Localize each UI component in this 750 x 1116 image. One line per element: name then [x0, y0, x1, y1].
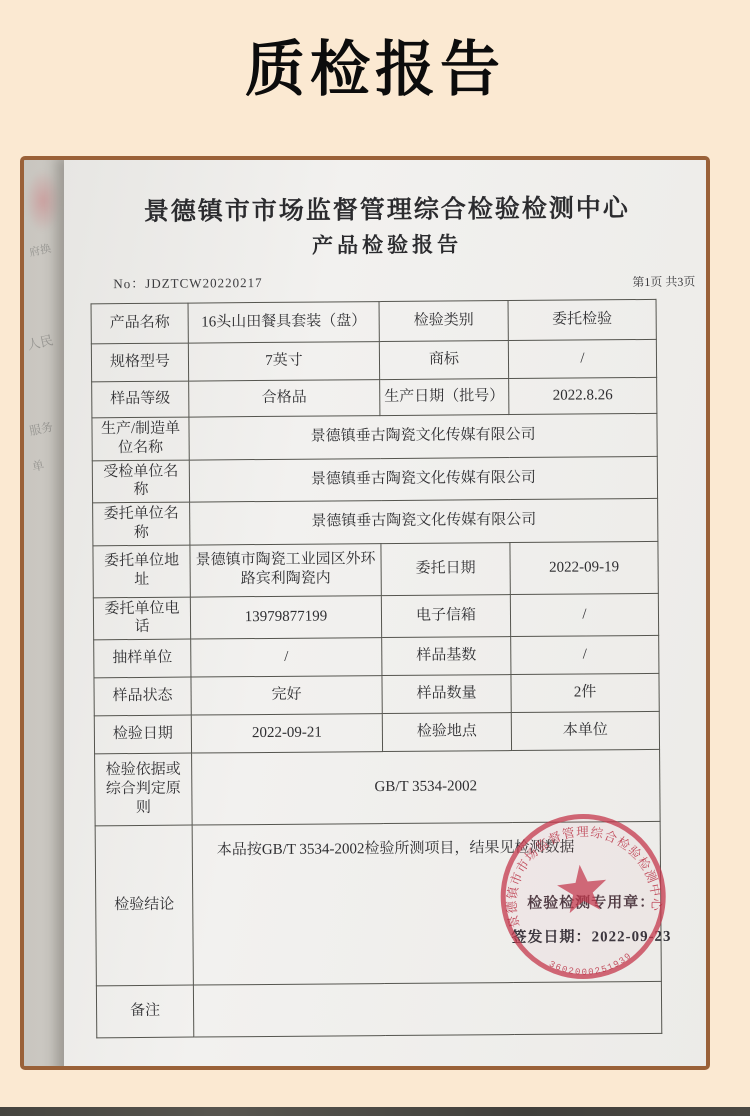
back-page-text-fragment: 服务: [27, 418, 54, 440]
table-value-cell: /: [511, 635, 659, 674]
table-value-cell: 完好: [191, 676, 382, 715]
table-value-cell: 景德镇垂古陶瓷文化传媒有限公司: [189, 456, 657, 502]
table-row: 受检单位名称 景德镇垂古陶瓷文化传媒有限公司: [92, 456, 657, 503]
signature-handwriting: 江辉: [348, 1060, 421, 1070]
table-label-cell: 备注: [96, 985, 193, 1038]
table-label-cell: 委托单位地址: [93, 545, 190, 598]
table-value-cell: 16头山田餐具套装（盘）: [188, 302, 379, 343]
table-label-cell: 委托单位名称: [93, 502, 190, 545]
report-paper: 景德镇市市场监督管理综合检验检测中心 产品检验报告 No：JDZTCW20220…: [64, 156, 710, 1070]
table-label-cell: 检验日期: [94, 715, 191, 754]
table-value-cell: 2022.8.26: [509, 377, 657, 414]
table-label-cell: 样品等级: [92, 381, 189, 418]
report-photo-frame: 府换 人民 服务 单 景德镇市市场监督管理综合检验检测中心 产品检验报告 No：…: [20, 156, 710, 1070]
signature-handwriting: 王建军: [168, 1060, 276, 1070]
table-row-conclusion: 检验结论 本品按GB/T 3534-2002检验所测项目，结果见检测数据 检验检…: [95, 821, 661, 985]
back-page-text-fragment: 府换: [28, 240, 53, 260]
table-value-cell: /: [191, 638, 382, 677]
report-title: 产品检验报告: [61, 226, 710, 261]
table-row: 生产/制造单位名称 景德镇垂古陶瓷文化传媒有限公司: [92, 413, 657, 460]
table-row: 委托单位名称 景德镇垂古陶瓷文化传媒有限公司: [93, 498, 658, 545]
table-value-cell: 委托检验: [508, 299, 656, 340]
table-row: 抽样单位 / 样品基数 /: [94, 635, 659, 677]
table-row: 规格型号 7英寸 商标 /: [91, 339, 656, 381]
table-row: 样品状态 完好 样品数量 2件: [94, 673, 659, 715]
report-document: 景德镇市市场监督管理综合检验检测中心 产品检验报告 No：JDZTCW20220…: [60, 156, 710, 1070]
table-label-cell: 样品数量: [382, 675, 511, 714]
table-label-cell: 商标: [379, 341, 508, 380]
report-table: 产品名称 16头山田餐具套装（盘） 检验类别 委托检验 规格型号 7英寸 商标 …: [91, 299, 663, 1038]
table-value-cell: 本单位: [511, 711, 659, 750]
table-value-cell: 景德镇垂古陶瓷文化传媒有限公司: [190, 498, 658, 544]
table-label-cell: 样品基数: [382, 637, 511, 676]
table-label-cell: 样品状态: [94, 677, 191, 716]
table-label-cell: 检验地点: [382, 713, 511, 752]
table-value-cell: /: [508, 339, 656, 378]
table-value-cell: 7英寸: [188, 342, 379, 381]
table-value-cell: 2022-09-19: [510, 541, 658, 594]
signature-approver: 批准： 王建军: [124, 1067, 275, 1070]
signature-handwriting: 徐联鹏: [516, 1058, 624, 1070]
org-name: 景德镇市市场监督管理综合检验检测中心: [61, 187, 710, 228]
table-label-cell: 检验结论: [95, 825, 193, 986]
table-label-cell: 规格型号: [91, 343, 188, 382]
table-value-cell: 13979877199: [190, 595, 381, 639]
conclusion-cell: 本品按GB/T 3534-2002检验所测项目，结果见检测数据 检验检测专用章：…: [192, 821, 661, 985]
table-label-cell: 委托单位电话: [93, 597, 190, 640]
table-row: 产品名称 16头山田餐具套装（盘） 检验类别 委托检验: [91, 299, 656, 343]
table-value-cell: 景德镇垂古陶瓷文化传媒有限公司: [189, 413, 657, 459]
table-label-cell: 委托日期: [381, 542, 510, 595]
back-page-text-fragment: 单: [30, 456, 45, 475]
table-row: 委托单位地址 景德镇市陶瓷工业园区外环 路宾利陶瓷内 委托日期 2022-09-…: [93, 541, 658, 597]
report-meta-row: No：JDZTCW20220217 第1页 共3页: [61, 268, 710, 293]
table-label-cell: 检验类别: [379, 301, 508, 342]
table-value-cell: 景德镇市陶瓷工业园区外环 路宾利陶瓷内: [190, 543, 381, 596]
table-label-cell: 抽样单位: [94, 639, 191, 678]
table-row: 委托单位电话 13979877199 电子信箱 /: [93, 593, 658, 640]
table-label-cell: 电子信箱: [381, 594, 510, 638]
page-title: 质检报告: [0, 0, 750, 108]
table-value-cell: [193, 981, 661, 1037]
table-row-remarks: 备注: [96, 981, 661, 1037]
table-label-cell: 生产日期（批号）: [380, 379, 509, 416]
table-value-cell: 2022-09-21: [191, 714, 382, 753]
table-label-cell: 检验依据或 综合判定原则: [95, 753, 193, 826]
table-label-cell: 生产/制造单位名称: [92, 417, 189, 460]
report-number-value: JDZTCW20220217: [145, 275, 262, 291]
bleedthrough-stamp-blob: [25, 170, 61, 232]
table-value-cell: 合格品: [189, 380, 380, 417]
table-value-cell: /: [510, 593, 658, 637]
signature-chief-inspector: 主检： 徐联鹏: [472, 1064, 623, 1070]
table-label-cell: 产品名称: [91, 303, 188, 344]
back-page-text-fragment: 人民: [25, 330, 54, 354]
report-number: No：JDZTCW20220217: [113, 272, 262, 292]
table-row: 样品等级 合格品 生产日期（批号） 2022.8.26: [92, 377, 657, 417]
next-image-edge: [0, 1107, 750, 1116]
page-indicator: 第1页 共3页: [632, 273, 695, 290]
table-value-cell: 2件: [511, 673, 659, 712]
report-number-label: No：: [113, 276, 145, 291]
signature-reviewer: 审核： 江辉: [304, 1066, 420, 1070]
inspection-stamp-seal: 景德镇市市场监督管理综合检验检测中心 3602000251939: [495, 808, 672, 985]
signature-row: 批准： 王建军 审核： 江辉 主检： 徐联鹏: [67, 1053, 710, 1070]
table-label-cell: 受检单位名称: [92, 460, 189, 503]
table-row: 检验日期 2022-09-21 检验地点 本单位: [94, 711, 659, 753]
